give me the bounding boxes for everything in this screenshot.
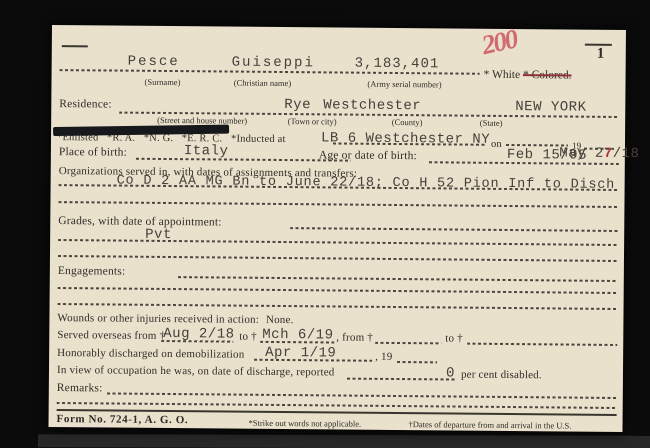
blank-rule [58,201,618,208]
serial-number-value: 3,183,401 [355,56,440,73]
induction-date-suffix: /18 [613,146,640,162]
overseas-rule [161,340,233,343]
blank-rule [58,255,618,262]
remarks-label: Remarks: [57,382,103,394]
residence-label: Residence: [59,98,112,110]
overseas-rule [467,343,617,346]
christian-name-label: (Christian name) [217,77,307,88]
grades-label: Grades, with date of appointment: [58,215,222,228]
overseas-rule [260,341,334,344]
blank-rule [58,287,618,294]
county-label: (County) [367,117,447,128]
wounds-label: Wounds or other injuries received in act… [57,312,259,326]
blank-rule [58,239,618,246]
blank-rule [57,402,617,409]
strike-note: *Strike out words not applicable. [248,418,361,429]
blank-rule [58,303,618,310]
grades-rule [290,227,618,232]
disability-label: In view of occupation he was, on date of… [57,364,335,378]
page-number: 1 [597,46,605,63]
induction-year-rule [584,148,614,150]
overseas-to-label: to † [239,331,257,343]
town-label: (Town or city) [267,116,357,127]
race-white: * White [484,69,521,81]
service-record-card: 200 1 Pesce Guiseppi 3,183,401 * White *… [48,25,625,432]
discharge-year-rule [397,361,437,363]
scan-background: 200 1 Pesce Guiseppi 3,183,401 * White *… [0,0,650,448]
overseas-rule [375,342,441,345]
overseas-from-label: Served overseas from † [57,329,165,342]
christian-name-value: Guiseppi [232,55,315,72]
place-of-birth-label: Place of birth: [59,146,127,159]
residence-county-value: Westchester [323,97,421,114]
engagements-label: Engagements: [58,265,126,278]
overseas-to2-label: to † [445,332,463,344]
disability-value: 0 [446,365,455,381]
inducted-at-label: *Inducted at [231,134,286,145]
top-left-dash [62,45,88,47]
age-label: Age or date of birth: [319,149,417,162]
surname-value: Pesce [128,54,180,70]
form-number: Form No. 724-1, A. G. O. [57,413,189,426]
handwritten-number: 200 [479,24,519,62]
disability-rule [347,378,455,381]
race-colored-struck: * Colored. [523,69,572,81]
remarks-rule [107,392,617,398]
engagements-rule [178,276,618,282]
wounds-row: Wounds or other injuries received in act… [57,312,293,326]
discharge-label: Honorably discharged on demobilization [57,347,244,361]
state-label: (State) [456,118,526,129]
residence-state-value: NEW YORK [515,99,586,116]
overseas-from2-label: , from † [336,331,373,343]
disability-suffix-label: per cent disabled. [461,369,542,382]
on-label: on [491,139,502,150]
serial-number-label: (Army serial number) [349,79,459,90]
surname-label: (Surname) [127,77,197,88]
scan-edge-band [38,434,650,448]
discharge-rule [254,359,372,362]
wounds-value: None. [266,314,294,326]
race-designation: * White * Colored. [484,69,572,82]
dagger-note: †Dates of departure from and arrival in … [408,419,571,430]
discharge-year-label: , 19 [375,351,392,363]
place-of-birth-value: Italy [184,143,229,159]
residence-town-value: Rye [284,97,311,113]
